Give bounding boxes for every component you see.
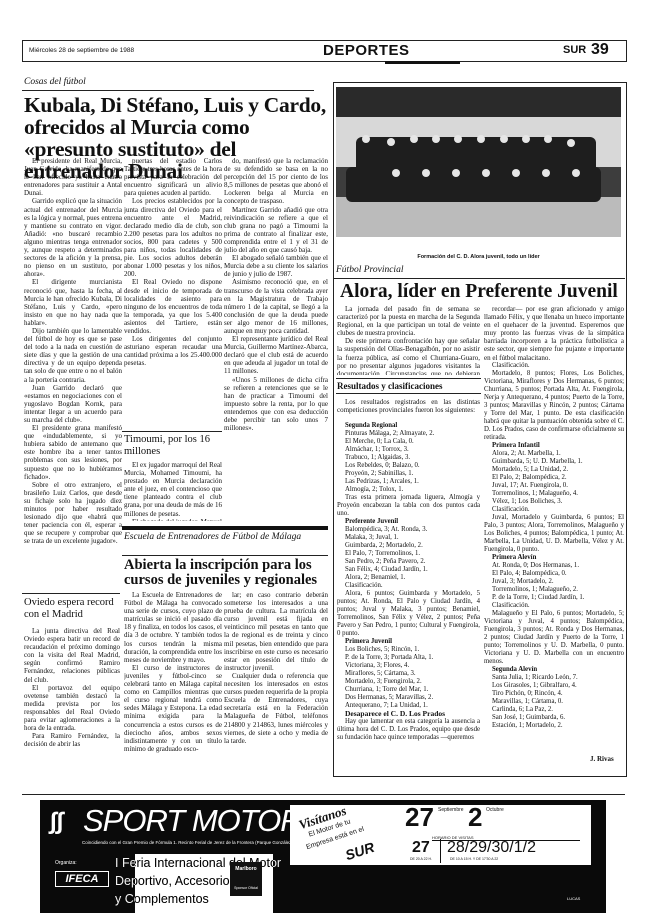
result-row: San Félix, 4; Ciudad Jardín, 1. (337, 566, 480, 574)
result-row: P. de la Torre, 1; Ciudad Jardín, 1. (484, 594, 624, 602)
paragraph: Los dirigentes del conjunto asturiano es… (124, 335, 222, 367)
result-row: Torremolinos, 1; Malagueño, 4. (484, 490, 624, 498)
result-row: Torremolinos, 1; Malagueño, 2. (484, 586, 624, 594)
result-row: Los Girasoles, 1; Gibralfaro, 4. (484, 682, 624, 690)
paragraph: recordar— por ese gran aficionado y amig… (484, 305, 624, 361)
brand-logo-icon: ∫∫ (50, 808, 63, 836)
paragraph: Juan Garrido declaró que «estamos en neg… (24, 384, 122, 424)
oviedo-body: La junta directiva del Real Oviedo esper… (24, 627, 120, 779)
divider (336, 378, 481, 379)
result-row: Dos Hermanas, 5; Maravillas, 2. (337, 694, 480, 702)
standings-text: Hay que lamentar en esta categoría la au… (337, 718, 480, 742)
headline-alora: Alora, líder en Preferente Juvenil (340, 282, 625, 302)
main-col-3: do, manifestó que la reclamación de su d… (224, 157, 328, 479)
organizer-logo: IFECA (55, 871, 109, 887)
section-title: DEPORTES (323, 42, 410, 59)
category-heading: Segunda Alevín (484, 666, 624, 674)
date-to: 2 (468, 802, 482, 833)
result-row: Carlinda, 6; La Paz, 2. (484, 706, 624, 714)
result-row: Miraflores, 5; Cártama, 3. (337, 670, 480, 678)
kicker-alora: Fútbol Provincial (336, 265, 403, 275)
paragraph: El presidente del Real Murcia, Juan Garr… (24, 157, 122, 197)
day1-hours: DE 20 A 22 H. (410, 857, 432, 861)
paragraph: El abogado señaló también que el Murcia … (224, 254, 328, 278)
agency-credit: LUCAS (567, 896, 580, 901)
category-heading: Primera Infantil (484, 442, 624, 450)
result-row: Clasificación. (484, 506, 624, 514)
paragraph: Martínez Garrido añadió que otra reivind… (224, 206, 328, 255)
headline-timoumi: Timoumi, por los 16 millones (124, 434, 222, 458)
divider (334, 278, 625, 279)
paragraph: Garrido explicó que la situación actual … (24, 197, 122, 278)
result-row: Malaka, 3; Juval, 1. (337, 534, 480, 542)
result-row: Victoriana, 3; Flores, 4. (337, 662, 480, 670)
result-row: Churriana, 1; Torre del Mar, 1. (337, 686, 480, 694)
result-row: P. de la Torre, 3; Portada Alta, 1. (337, 654, 480, 662)
paragraph: De este primera confrontación hay que se… (337, 337, 480, 375)
alora-intro-right: recordar— por ese gran aficionado y amig… (484, 305, 624, 361)
results-heading: Resultados y clasificaciones (337, 381, 443, 391)
headline-escuela: Abierta la inscripción para los cursos d… (124, 558, 330, 588)
promo-brand: SUR (343, 839, 376, 863)
page-header: Miércoles 28 de septiembre de 1988 DEPOR… (22, 40, 627, 62)
photo-caption: Formación del C. D. Alora juvenil, todo … (336, 254, 621, 260)
divider (22, 90, 314, 91)
result-row: Juval, 3; Mortadelo, 2. (484, 578, 624, 586)
paragraph: puertas del estadio Carlos Tartiere tres… (124, 157, 222, 197)
result-row: Mortadelo, 5; La Unidad, 2. (484, 466, 624, 474)
paragraph: La junta directiva del Real Oviedo esper… (24, 627, 120, 684)
team-photo-image (336, 87, 621, 237)
team-photo (336, 87, 621, 237)
headline-oviedo: Oviedo espera record con el Madrid (24, 597, 120, 621)
publication-name: SUR (563, 44, 586, 56)
result-row: Trabuco, 1; Algaidas, 3. (337, 454, 480, 462)
result-row: El Merche, 0; La Cala, 0. (337, 438, 480, 446)
result-row: Estación, 1; Mortadelo, 2. (484, 722, 624, 730)
divider (22, 794, 625, 795)
result-row: Guimbarda, 5; U. D. Marbella, 1. (484, 458, 624, 466)
date-from-month: Septiembre (438, 807, 464, 813)
escuela-col-2: lar; en caso contrario deberán someterse… (224, 591, 328, 781)
paragraph: La jornada del pasado fin de semana se c… (337, 305, 480, 337)
category-heading: Primera Juvenil (337, 638, 480, 646)
page-number: 39 (591, 41, 609, 59)
category-heading: Preferente Juvenil (337, 518, 480, 526)
paragraph: El representante jurídico del Real Murci… (224, 335, 328, 375)
kicker-main: Cosas del fútbol (24, 77, 86, 87)
subheading: Desaparece el C. D. Los Prados (337, 710, 480, 718)
result-row: Los Boliches, 5; Rincón, 1. (337, 646, 480, 654)
result-row: Almogía, 2; Tolox, 1. (337, 486, 480, 494)
result-row: Santa Julia, 1; Ricardo León, 7. (484, 674, 624, 682)
date-from: 27 (405, 802, 434, 833)
paragraph: El portavoz del equipo ovetense también … (24, 684, 120, 733)
result-row: Los Rebeldes, 0; Balazo, 0. (337, 462, 480, 470)
result-row: Vélez, 1; Los Boliches, 3. (484, 498, 624, 506)
escuela-col-1: La Escuela de Entrenadores de Fútbol de … (124, 591, 222, 781)
paragraph: El ex jugador marroquí del Real Murcia, … (124, 461, 222, 518)
byline: J. Rivas (590, 755, 614, 763)
timoumi-body: El ex jugador marroquí del Real Murcia, … (124, 461, 222, 521)
result-row: Proyeón, 2; Sabinillas, 1. (337, 470, 480, 478)
paragraph: El abogado del jugador, Manuel Martínez … (124, 518, 222, 521)
standings-text: Malagueño y El Palo, 6 puntos; Mortadelo… (484, 610, 624, 666)
main-col-1: El presidente del Real Murcia, Juan Garr… (24, 157, 122, 589)
alora-intro-left: La jornada del pasado fin de semana se c… (337, 305, 480, 375)
paragraph: Cualquier duda o referencia que necesite… (224, 672, 328, 745)
section-divider (122, 526, 328, 530)
main-col-2: puertas del estadio Carlos Tartiere tres… (124, 157, 222, 432)
sponsor-name: Marlboro (230, 862, 262, 872)
ad-tagline: Coincidiendo con el Gran Premio de Fórmu… (82, 840, 311, 845)
result-row: Balompédica, 3; At. Ronda, 3. (337, 526, 480, 534)
paragraph: Sobre el otro extranjero, el brasileño L… (24, 481, 122, 546)
organiza-label: Organiza: (55, 860, 77, 866)
result-row: Almáchar, 1; Torrox, 3. (337, 446, 480, 454)
result-row: At. Ronda, 0; Dos Hermanas, 1. (484, 562, 624, 570)
result-row: Mortadelo, 3; Fuengirola, 2. (337, 678, 480, 686)
result-row: El Palo, 7; Torremolinos, 1. (337, 550, 480, 558)
result-row: Clasificación. (337, 582, 480, 590)
result-row: Las Pedrizas, 1; Arcales, 1. (337, 478, 480, 486)
result-row: El Palo, 2; Balompédica, 2. (484, 474, 624, 482)
paragraph: El presidente grana manifestó que «indud… (24, 424, 122, 481)
kicker-escuela: Escuela de Entrenadores de Fútbol de Mál… (124, 532, 324, 543)
paragraph: lar; en caso contrario deberán someterse… (224, 591, 328, 672)
result-row: San José, 1; Guimbarda, 6. (484, 714, 624, 722)
results-right: Clasificación.Mortadelo, 8 puntos; Flore… (484, 362, 624, 742)
date-to-month: Octubre (486, 807, 504, 813)
results-intro: Los resultados registrados en las distin… (337, 398, 480, 414)
result-row: Pinturas Málaga, 2; Almayate, 2. (337, 430, 480, 438)
category-heading: Segunda Regional (337, 422, 480, 430)
paragraph: Los precios establecidos por la junta di… (124, 197, 222, 278)
issue-date: Miércoles 28 de septiembre de 1988 (29, 47, 134, 54)
results-intro-text: Los resultados registrados en las distin… (337, 398, 480, 414)
paragraph: El curso de instructores de juveniles y … (124, 664, 222, 753)
standings-text: Mortadelo, 8 puntos; Flores, Los Boliche… (484, 370, 624, 442)
results-left: Segunda RegionalPinturas Málaga, 2; Alma… (337, 422, 480, 752)
paragraph: La Escuela de Entrenadores de Fútbol de … (124, 591, 222, 664)
standings-text: Tras esta primera jornada liguera, Almog… (337, 494, 480, 518)
result-row: Antequerano, 7; La Unidad, 1. (337, 702, 480, 710)
paragraph: do, manifestó que la reclamación de su d… (224, 157, 328, 206)
paragraph: Asimismo reconoció que, en el transcurso… (224, 278, 328, 335)
advertisement[interactable]: ∫∫ SPORT MOTOR'88 Coincidiendo con el Gr… (40, 800, 606, 913)
paragraph: «Unos 5 millones de dicha cifra se refie… (224, 376, 328, 433)
promo-box: Visítanos El Motor de tu Empresa está en… (290, 805, 591, 865)
result-row: Clasificación. (484, 602, 624, 610)
result-row: Juval, 17; At. Fuengirola, 0. (484, 482, 624, 490)
category-heading: Primera Alevín (484, 554, 624, 562)
days2-hours: DE 10 A 15 H. Y DE 17'30 A 22 (450, 857, 498, 861)
paragraph: El Real Oviedo no dispone desde el inici… (124, 278, 222, 335)
paragraph: Dijo también que lo lamentable del fútbo… (24, 327, 122, 384)
result-row: Alora, 2; Benamiel, 1. (337, 574, 480, 582)
paragraph: El dirigente murcianista reconoció que, … (24, 278, 122, 327)
result-row: Clasificación. (484, 362, 624, 370)
paragraph: Para Ramiro Fernández, la decisión de ab… (24, 732, 120, 748)
result-row: Alora, 2; At. Marbella, 1. (484, 450, 624, 458)
divider (440, 839, 441, 863)
days2: 28/29/30/1/2 (447, 839, 536, 857)
result-row: San Pedro, 2; Peña Pavero, 2. (337, 558, 480, 566)
result-row: El Palo, 4; Balompédica, 0. (484, 570, 624, 578)
section-underline (385, 61, 460, 64)
result-row: Tiro Pichón, 0; Rincón, 4. (484, 690, 624, 698)
sponsor-logo: Marlboro Sponsor Oficial (230, 862, 262, 896)
standings-text: Juval, Mortadelo y Guimbarda, 6 puntos; … (484, 514, 624, 554)
result-row: Guimbarda, 2; Mortadelo, 2. (337, 542, 480, 550)
day1: 27 (412, 839, 430, 857)
sponsor-sub: Sponsor Oficial (230, 872, 262, 890)
result-row: Maravillas, 1; Cártama, 0. (484, 698, 624, 706)
divider (122, 555, 328, 556)
divider (336, 393, 481, 394)
standings-text: Alora, 6 puntos; Guimbarda y Mortadelo, … (337, 590, 480, 638)
divider (122, 431, 222, 432)
divider (22, 593, 120, 594)
